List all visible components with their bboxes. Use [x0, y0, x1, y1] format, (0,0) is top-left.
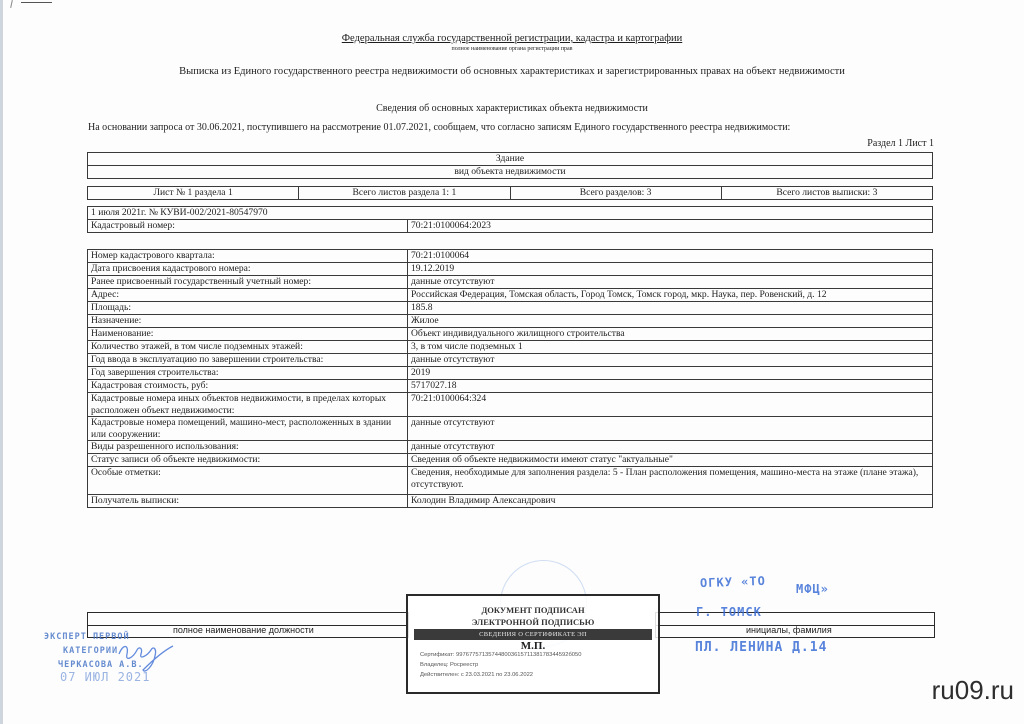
row-value: Объект индивидуального жилищного строите… [408, 328, 933, 341]
handwritten-signature-icon [115, 640, 175, 676]
table-row: Номер кадастрового квартала:70:21:010006… [88, 250, 933, 263]
table-row: Год завершения строительства:2019 [88, 367, 933, 380]
row-label: Количество этажей, в том числе подземных… [88, 341, 408, 354]
row-label: Номер кадастрового квартала: [88, 250, 408, 263]
row-value: 3, в том числе подземных 1 [408, 341, 933, 354]
table-row: Кадастровая стоимость, руб:5717027.18 [88, 380, 933, 393]
row-value: 5717027.18 [408, 380, 933, 393]
request-basis: На основании запроса от 30.06.2021, пост… [88, 122, 790, 133]
extract-sheets-total: Всего листов выписки: 3 [721, 187, 932, 200]
esign-line1: ДОКУМЕНТ ПОДПИСАН [408, 605, 658, 615]
cadastral-number-label: Кадастровый номер: [88, 220, 408, 233]
record-table: 1 июля 2021г. № КУВИ-002/2021-80547970 К… [87, 206, 933, 233]
cadastral-number-value: 70:21:0100064:2023 [408, 220, 933, 233]
page-reference: Раздел 1 Лист 1 [867, 138, 934, 149]
row-label: Год завершения строительства: [88, 367, 408, 380]
corner-mark-tick [10, 0, 13, 8]
section-sheets-total: Всего листов раздела 1: 1 [299, 187, 510, 200]
position-caption: полное наименование должности [173, 625, 314, 635]
row-label: Кадастровые номера иных объектов недвижи… [88, 393, 408, 417]
object-type-caption: вид объекта недвижимости [88, 166, 933, 179]
stamp-expert-line2: КАТЕГОРИИ [63, 646, 118, 656]
row-value: 185.8 [408, 302, 933, 315]
row-label: Назначение: [88, 315, 408, 328]
table-row: Получатель выписки:Колодин Владимир Алек… [88, 495, 933, 508]
table-row: Кадастровые номера иных объектов недвижи… [88, 393, 933, 417]
row-label: Ранее присвоенный государственный учетны… [88, 276, 408, 289]
row-value: Сведения об объекте недвижимости имеют с… [408, 454, 933, 467]
certificate-validity: Действителен: с 23.03.2021 по 23.06.2022 [420, 670, 581, 680]
stamp-mfc-line1b: МФЦ» [796, 582, 829, 596]
corner-mark [21, 2, 52, 4]
object-type-table: Здание вид объекта недвижимости [87, 152, 933, 179]
row-label: Кадастровые номера помещений, машино-мес… [88, 417, 408, 441]
row-label: Получатель выписки: [88, 495, 408, 508]
object-type: Здание [88, 153, 933, 166]
stamp-mfc-line3: ПЛ. ЛЕНИНА Д.14 [695, 640, 827, 655]
table-row: Наименование:Объект индивидуального жили… [88, 328, 933, 341]
certificate-number: Сертификат: 9976775713574480036157113817… [420, 650, 581, 660]
row-label: Статус записи об объекте недвижимости: [88, 454, 408, 467]
table-row: Адрес:Российская Федерация, Томская обла… [88, 289, 933, 302]
sheet-number: Лист № 1 раздела 1 [88, 187, 299, 200]
name-caption: инициалы, фамилия [746, 625, 832, 635]
document-title: Выписка из Единого государственного реес… [0, 66, 1024, 77]
table-row: Назначение:Жилое [88, 315, 933, 328]
stamp-mfc-line1: ОГКУ «ТО [700, 574, 766, 590]
row-value: Сведения, необходимые для заполнения раз… [408, 467, 933, 495]
row-label: Виды разрешенного использования: [88, 441, 408, 454]
agency-caption: полное наименование органа регистрации п… [0, 46, 1024, 52]
sheet-meta-table: Лист № 1 раздела 1 Всего листов раздела … [87, 186, 933, 200]
row-value: данные отсутствуют [408, 417, 933, 441]
row-label: Дата присвоения кадастрового номера: [88, 263, 408, 276]
name-caption-box: инициалы, фамилия [655, 624, 935, 638]
position-caption-box: полное наименование должности [87, 624, 409, 638]
table-row: Статус записи об объекте недвижимости:Св… [88, 454, 933, 467]
table-row: Виды разрешенного использования:данные о… [88, 441, 933, 454]
row-label: Год ввода в эксплуатацию по завершении с… [88, 354, 408, 367]
row-value: данные отсутствуют [408, 354, 933, 367]
row-value: 2019 [408, 367, 933, 380]
row-value: данные отсутствуют [408, 276, 933, 289]
row-label: Площадь: [88, 302, 408, 315]
electronic-signature-box: ДОКУМЕНТ ПОДПИСАН ЭЛЕКТРОННОЙ ПОДПИСЬЮ С… [406, 594, 660, 694]
row-value: Жилое [408, 315, 933, 328]
table-row: Кадастровые номера помещений, машино-мес… [88, 417, 933, 441]
characteristics-table: Номер кадастрового квартала:70:21:010006… [87, 249, 933, 508]
row-label: Адрес: [88, 289, 408, 302]
agency-name: Федеральная служба государственной регис… [0, 33, 1024, 44]
row-label: Кадастровая стоимость, руб: [88, 380, 408, 393]
record-date-number: 1 июля 2021г. № КУВИ-002/2021-80547970 [88, 207, 933, 220]
table-row: Год ввода в эксплуатацию по завершении с… [88, 354, 933, 367]
row-value: данные отсутствуют [408, 441, 933, 454]
certificate-owner: Владелец: Росреестр [420, 660, 581, 670]
certificate-details: Сертификат: 9976775713574480036157113817… [420, 650, 581, 680]
table-row: Количество этажей, в том числе подземных… [88, 341, 933, 354]
esign-certificate-bar: СВЕДЕНИЯ О СЕРТИФИКАТЕ ЭП [414, 629, 652, 640]
esign-line2: ЭЛЕКТРОННОЙ ПОДПИСЬЮ [408, 617, 658, 627]
table-row: Ранее присвоенный государственный учетны… [88, 276, 933, 289]
row-label: Особые отметки: [88, 467, 408, 495]
table-row: Дата присвоения кадастрового номера:19.1… [88, 263, 933, 276]
site-watermark: ru09.ru [932, 675, 1014, 706]
row-value: Колодин Владимир Александрович [408, 495, 933, 508]
row-value: Российская Федерация, Томская область, Г… [408, 289, 933, 302]
sections-total: Всего разделов: 3 [510, 187, 721, 200]
table-row: Особые отметки:Сведения, необходимые для… [88, 467, 933, 495]
row-value: 70:21:0100064:324 [408, 393, 933, 417]
row-value: 19.12.2019 [408, 263, 933, 276]
section-title: Сведения об основных характеристиках объ… [0, 103, 1024, 114]
row-value: 70:21:0100064 [408, 250, 933, 263]
table-row: Площадь:185.8 [88, 302, 933, 315]
stamp-mfc-line2: Г. ТОМСК [696, 605, 762, 619]
row-label: Наименование: [88, 328, 408, 341]
